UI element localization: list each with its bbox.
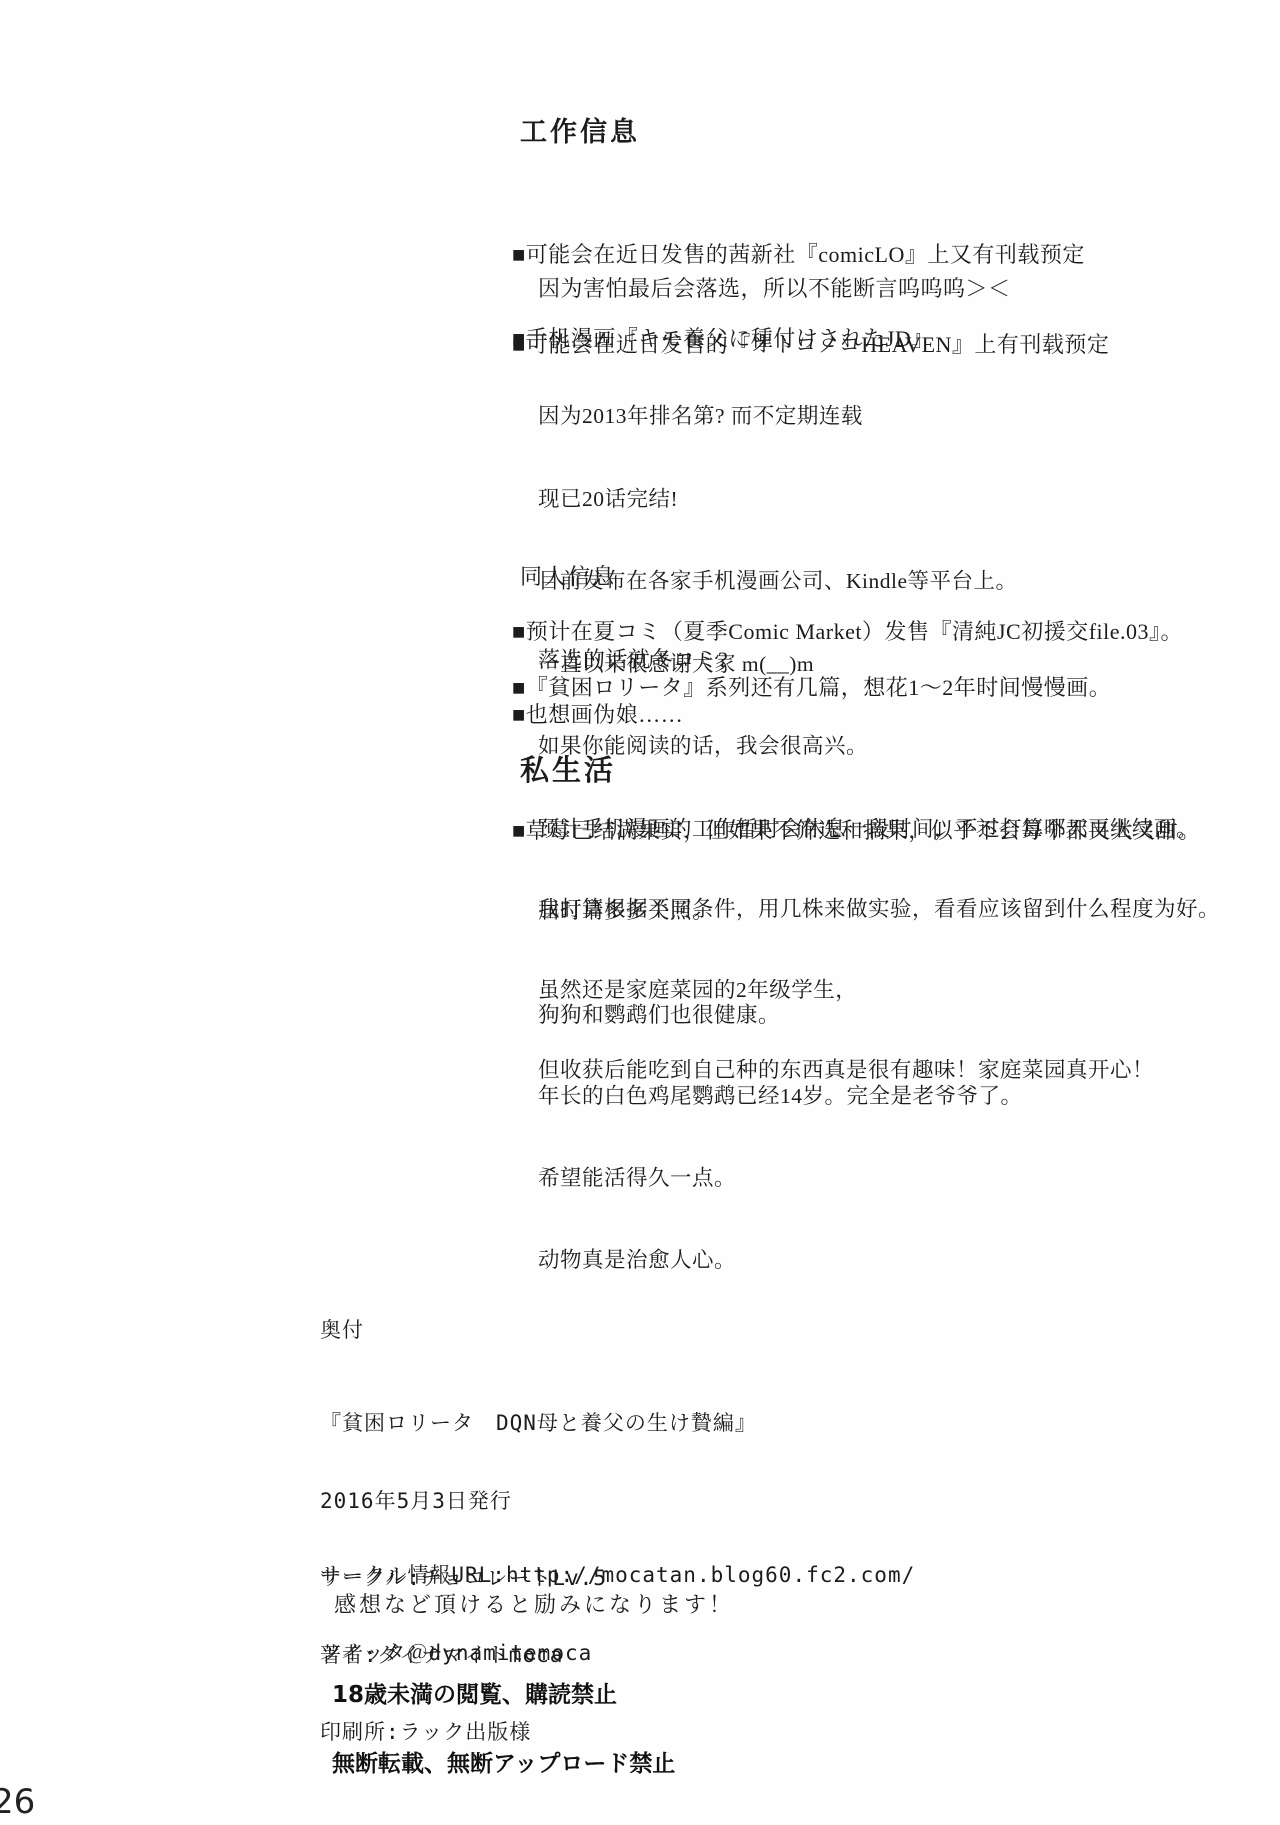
text-line: ■也想画伪娘…… xyxy=(512,698,683,729)
text-line: ■预计在夏コミ（夏季Comic Market）发售『清純JC初援交file.03… xyxy=(512,615,1183,646)
text-line: 希望能活得久一点。 xyxy=(538,1165,1023,1192)
work-info-title: 工作信息 xyxy=(520,110,640,149)
text-line: 我打算根据不同条件，用几株来做实验，看看应该留到什么程度为好。 xyxy=(538,896,1220,923)
text-line: 年长的白色鸡尾鹦鹉已经14岁。完全是老爷爷了。 xyxy=(538,1083,1023,1110)
text-line: 如果你能阅读的话，我会很高兴。 xyxy=(538,733,1198,761)
warning-line: 18歳未満の閲覧、購読禁止 xyxy=(332,1684,675,1707)
text-line: 目前发布在各家手机漫画公司、Kindle等平台上。 xyxy=(538,568,1198,596)
book-title: 『貧困ロリータ DQN母と養父の生け贄編』 xyxy=(320,1411,757,1437)
circle-url: サークル情報URL:http://mocatan.blog60.fc2.com/ xyxy=(320,1563,915,1589)
text-line: 落选的话就冬コミ? xyxy=(538,643,728,674)
text-line: 现已20话完结! xyxy=(538,486,1198,514)
text-line: 因为2013年排名第? 而不定期连载 xyxy=(538,403,1198,431)
warning-line: 無断転載、無断アップロード禁止 xyxy=(332,1753,675,1776)
thanks-message: 感想など頂けると励みになります！ xyxy=(334,1588,734,1619)
age-warning: 18歳未満の閲覧、購読禁止 無断転載、無断アップロード禁止 xyxy=(332,1638,675,1822)
pets-details: 狗狗和鹦鹉们也很健康。 年长的白色鸡尾鹦鹉已经14岁。完全是老爷爷了。 希望能活… xyxy=(538,947,1023,1329)
garden-heading: ■草莓已结满果实，但如果不筛选和摘果，似乎不会每个都又大又甜。 xyxy=(512,814,1201,845)
page-number: 26 xyxy=(0,1782,35,1822)
text-line: 狗狗和鹦鹉们也很健康。 xyxy=(538,1002,1023,1029)
work-info-note: 因为害怕最后会落选，所以不能断言呜呜呜＞＜ xyxy=(538,272,1011,303)
scanned-afterword-page: 工作信息 ■可能会在近日发售的茜新社『comicLO』上又有刊载预定 ■可能会在… xyxy=(0,0,1280,1825)
private-life-title: 私生活 xyxy=(520,748,616,789)
publish-date: 2016年5月3日発行 xyxy=(320,1489,757,1515)
colophon-heading: 奥付 xyxy=(320,1318,364,1344)
text-line: 动物真是治愈人心。 xyxy=(538,1247,1023,1274)
text-line: ■可能会在近日发售的茜新社『comicLO』上又有刊载预定 xyxy=(512,240,1109,270)
doujin-info-title: 同人信息 xyxy=(520,560,616,591)
